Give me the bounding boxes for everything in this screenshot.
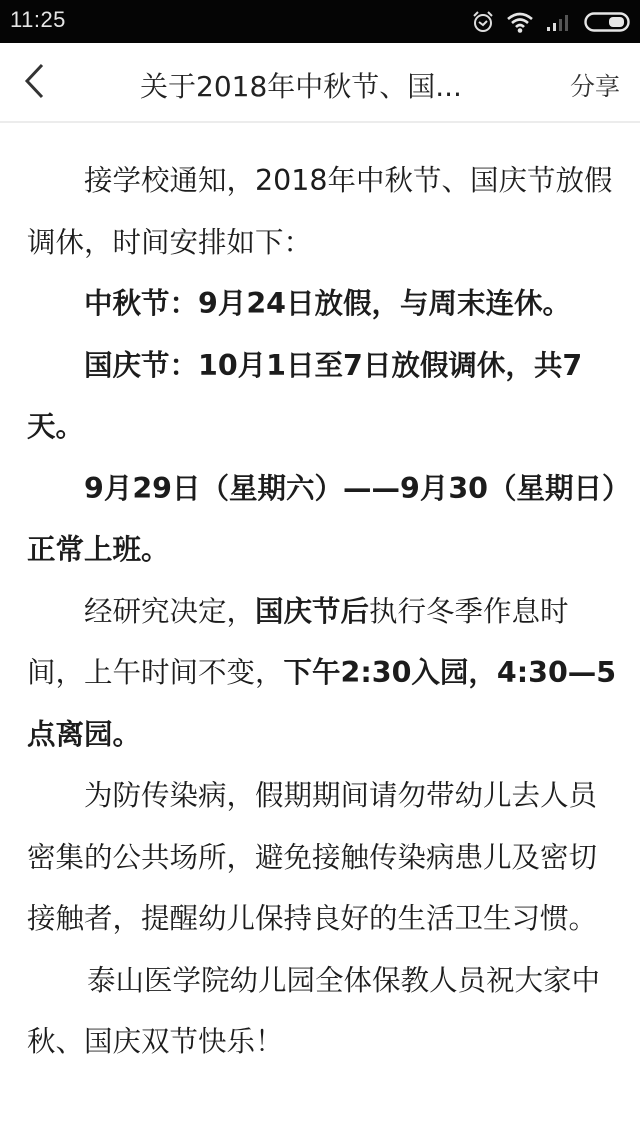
chevron-left-icon [23,63,45,103]
signal-icon [546,12,572,32]
article-body: 接学校通知，2018年中秋节、国庆节放假调休，时间安排如下： 中秋节：9月24日… [27,150,617,1073]
page-title: 关于2018年中秋节、国... [140,65,530,105]
schedule-bold-1: 国庆节后 [255,595,369,628]
alarm-icon [472,10,494,34]
paragraph-mid-autumn: 中秋节：9月24日放假，与周末连休。 [27,273,617,335]
paragraph-schedule: 经研究决定，国庆节后执行冬季作息时间，上午时间不变，下午2:30入园，4:30—… [27,581,617,766]
wifi-icon [506,11,534,33]
battery-icon [584,11,630,33]
paragraph-workdays: 9月29日（星期六）——9月30（星期日）正常上班。 [27,458,617,581]
paragraph-greeting: 泰山医学院幼儿园全体保教人员祝大家中秋、国庆双节快乐！ [27,950,617,1073]
status-bar: 11:25 [0,0,640,43]
status-icons [472,9,630,35]
back-button[interactable] [14,61,54,105]
paragraph-health: 为防传染病，假期期间请勿带幼儿去人员密集的公共场所，避免接触传染病患儿及密切接触… [27,765,617,950]
paragraph-national-day: 国庆节：10月1日至7日放假调休，共7天。 [27,335,617,458]
share-button[interactable]: 分享 [570,67,620,103]
paragraph-notice: 接学校通知，2018年中秋节、国庆节放假调休，时间安排如下： [27,150,617,273]
schedule-text-1: 经研究决定， [84,595,255,628]
status-time: 11:25 [10,7,66,33]
nav-bar: 关于2018年中秋节、国... 分享 [0,43,640,123]
